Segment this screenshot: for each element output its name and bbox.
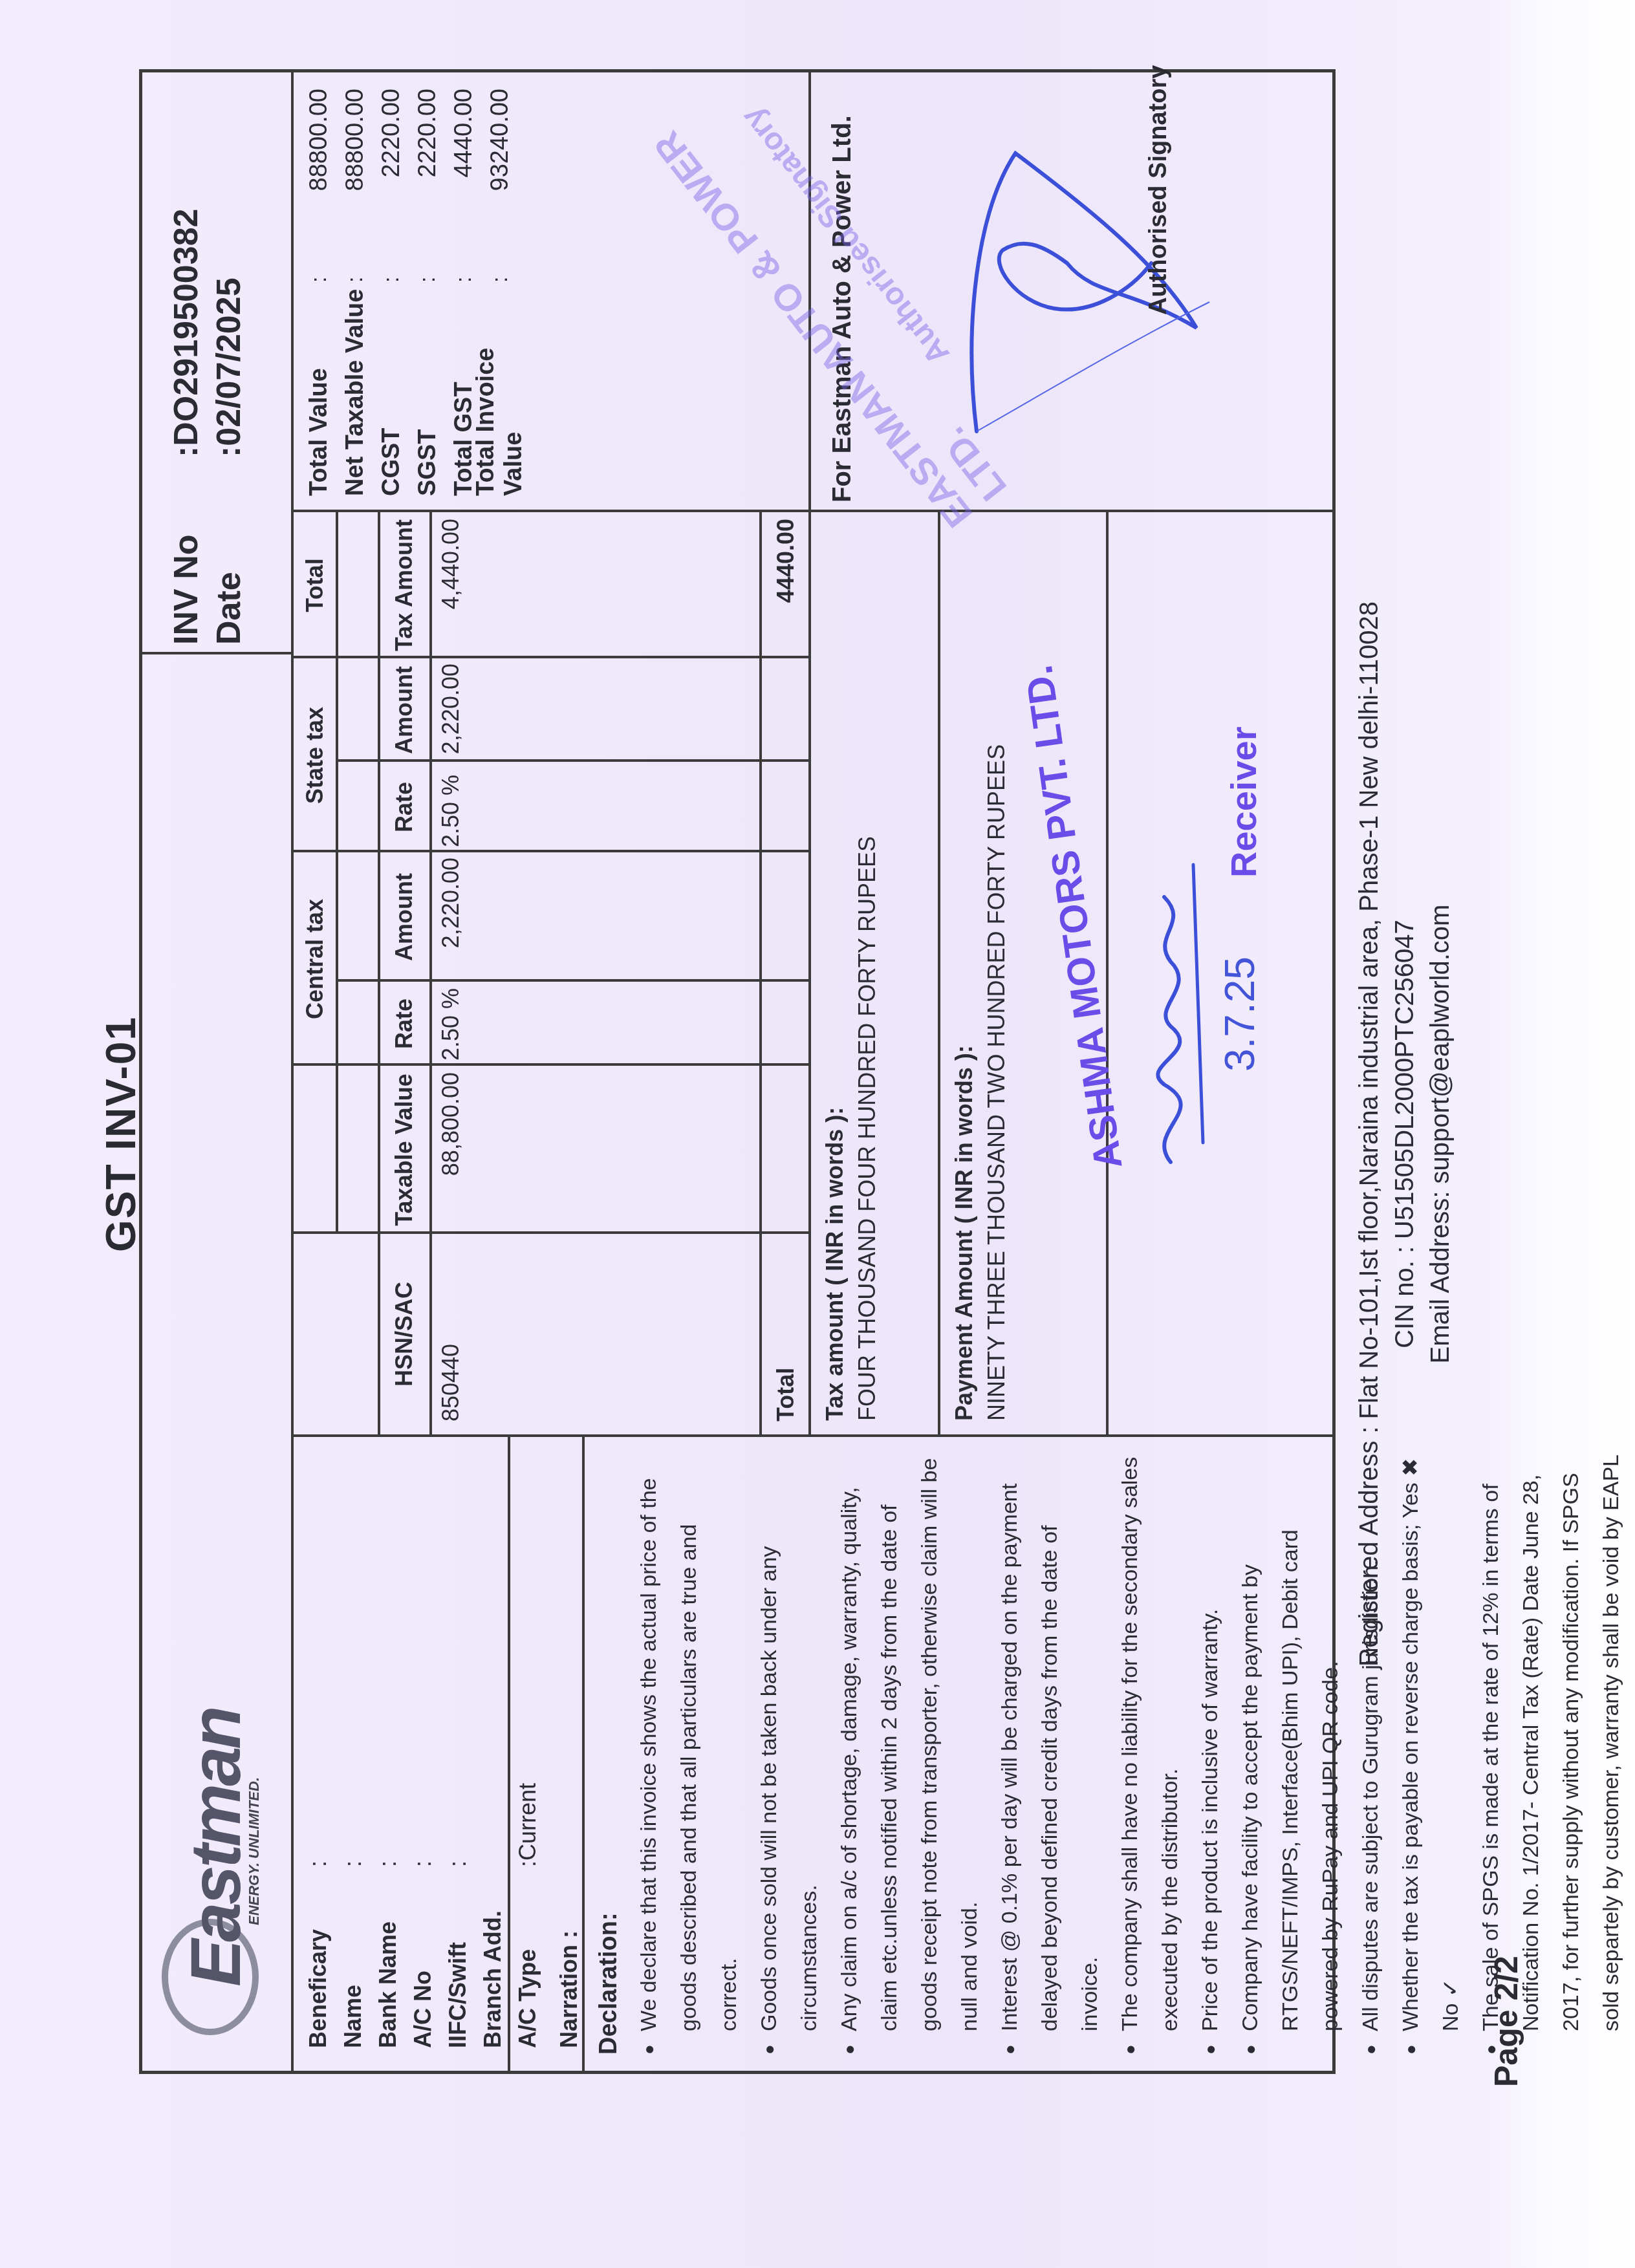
- totals-row: Total Value:88800.00: [301, 89, 337, 496]
- totals-colon: :: [379, 257, 404, 283]
- totals-colon: :: [451, 257, 477, 283]
- th-central-rate: Rate: [391, 982, 418, 1066]
- declaration: Declaration: We declare that this invoic…: [589, 1447, 1635, 2055]
- bank-value: :: [374, 1861, 402, 1867]
- th-hsn: HSN/SAC: [391, 1234, 418, 1434]
- totals-label: Net Taxable Value: [341, 283, 369, 496]
- totals-row: CGST:2220.00: [373, 89, 409, 496]
- totals-colon: :: [343, 257, 368, 283]
- cell-hsn: 850440: [437, 1344, 464, 1421]
- totals-row: Net Taxable Value:88800.00: [337, 89, 373, 496]
- divider: [294, 1063, 808, 1066]
- totals-colon: :: [415, 257, 440, 283]
- totals-label: Total Invoice Value: [472, 283, 528, 496]
- footer-address: Registered Address : Flat No-101,Ist flo…: [1355, 0, 1384, 2268]
- bank-label: A/C Type: [514, 1867, 541, 2048]
- date-value: :02/07/2025: [208, 208, 250, 457]
- totals-label: CGST: [378, 283, 406, 496]
- divider: [291, 1434, 1336, 1437]
- bank-label: A/C No: [409, 1867, 437, 2048]
- divider: [294, 1231, 808, 1234]
- bank-value: :: [444, 1861, 471, 1867]
- th-state-tax: State tax: [301, 658, 329, 852]
- invoice-sheet: GST INV-01 HSN/SAC Taxable Value Central…: [0, 0, 1635, 2268]
- footer-cin: CIN no. : U51505DL2000PTC256047: [1391, 0, 1420, 2268]
- th-total: Total: [301, 512, 329, 658]
- receiver-stamp-date: 3.7.25: [1216, 956, 1264, 1072]
- divider: [294, 656, 808, 658]
- declaration-heading: Declaration:: [589, 1447, 629, 2055]
- document-title: GST INV-01: [97, 0, 145, 2268]
- cell-taxable-value: 88,800.00: [437, 1072, 464, 1234]
- totals-value: 93240.00: [486, 89, 514, 257]
- tax-words-value: FOUR THOUSAND FOUR HUNDRED FORTY RUPEES: [854, 836, 881, 1421]
- footer-email: Email Address: support@eaplworld.com: [1426, 0, 1455, 2268]
- tax-table: HSN/SAC Taxable Value Central tax Rate A…: [294, 512, 808, 1434]
- bank-value: :: [305, 1861, 332, 1867]
- narration-label: Narration :: [556, 1867, 583, 2048]
- invoice-meta-values: :DO2919500382 :02/07/2025: [165, 208, 250, 457]
- cell-central-rate: 2.50 %: [437, 988, 464, 1061]
- divider: [378, 512, 380, 1434]
- totals-label: Total Value: [305, 283, 333, 496]
- bank-details: Beneficary: Name: Bank Name: A/C No: IIF…: [301, 1783, 587, 2048]
- totals-value: 88800.00: [341, 89, 369, 257]
- divider: [938, 512, 940, 1437]
- inv-no-value: :DO2919500382: [165, 208, 208, 457]
- totals-colon: :: [488, 257, 513, 283]
- payment-words-label: Payment Amount ( INR in words ):: [951, 1045, 978, 1421]
- declaration-item: Company have facility to accept the paym…: [1230, 1447, 1350, 2055]
- divider: [336, 512, 338, 1234]
- totals-value: 2220.00: [378, 89, 406, 257]
- bank-label: Bank Name: [374, 1867, 402, 2048]
- bank-row: A/C Type:Current: [510, 1783, 545, 2048]
- bank-row: IIFC/Swift:: [440, 1783, 475, 2048]
- bank-row: Name:: [336, 1783, 371, 2048]
- cell-state-rate: 2.50 %: [437, 775, 464, 847]
- eastman-logo: Eastman ENERGY. UNLIMITED.: [149, 1712, 278, 2048]
- total-row-label: Total: [772, 1368, 799, 1421]
- declaration-item: Interest @ 0.1% per day will be charged …: [990, 1447, 1110, 2055]
- divider: [142, 652, 291, 654]
- totals-panel: Total Value:88800.00 Net Taxable Value:8…: [301, 89, 518, 496]
- declaration-item: We declare that this invoice shows the a…: [629, 1447, 749, 2055]
- bank-label: Name: [340, 1867, 367, 2048]
- divider: [759, 512, 762, 1434]
- bank-value: :: [409, 1861, 437, 1867]
- totals-value: 4440.00: [450, 89, 478, 257]
- date-label: Date: [208, 535, 250, 645]
- page-number: Page 2/2: [1488, 1956, 1525, 2087]
- bank-label: Beneficary: [305, 1867, 332, 2048]
- totals-row: Total Invoice Value:93240.00: [482, 89, 518, 496]
- totals-row: SGST:2220.00: [409, 89, 446, 496]
- th-central-amount: Amount: [391, 852, 418, 982]
- th-tax-amount: Tax Amount: [391, 512, 418, 658]
- narration-row: Narration :: [552, 1783, 587, 2048]
- bank-value: :Current: [514, 1783, 541, 1867]
- bank-value: :: [340, 1861, 367, 1867]
- th-taxable-value: Taxable Value: [391, 1066, 418, 1234]
- bank-row: A/C No:: [406, 1783, 440, 2048]
- bank-row: Bank Name:: [371, 1783, 406, 2048]
- cell-tax-amount: 4,440.00: [437, 519, 464, 658]
- signature-icon: [938, 95, 1248, 457]
- inv-no-label: INV No: [165, 535, 208, 645]
- declaration-item: Price of the product is inclusive of war…: [1190, 1447, 1230, 2055]
- bank-label: Branch Add.: [479, 1867, 506, 2048]
- totals-colon: :: [307, 257, 332, 283]
- bank-label: IIFC/Swift: [444, 1867, 471, 2048]
- total-row-tax-amount: 4440.00: [772, 519, 799, 658]
- logo-wordmark: Eastman: [175, 1708, 257, 1987]
- logo-tagline: ENERGY. UNLIMITED.: [246, 1777, 263, 1925]
- bank-row: Branch Add.: [475, 1783, 510, 2048]
- bank-row: Beneficary:: [301, 1783, 336, 2048]
- authorised-signatory-label: Authorised Signatory: [1145, 65, 1173, 315]
- declaration-item: Goods once sold will not be taken back u…: [749, 1447, 829, 2055]
- totals-value: 2220.00: [414, 89, 442, 257]
- invoice-meta-labels: INV No Date: [165, 535, 250, 645]
- th-state-rate: Rate: [391, 762, 418, 852]
- totals-label: SGST: [414, 283, 442, 496]
- cell-state-amount: 2,220.00: [437, 664, 464, 762]
- cell-central-amount: 2,220.00: [437, 858, 464, 982]
- declaration-item: Any claim on a/c of shortage, damage, wa…: [829, 1447, 990, 2055]
- divider: [1106, 512, 1109, 1437]
- tax-words-label: Tax amount ( INR in words ):: [821, 1107, 849, 1421]
- divider: [294, 850, 808, 852]
- divider: [429, 512, 432, 1434]
- th-state-amount: Amount: [391, 658, 418, 762]
- declaration-item: The company shall have no liability for …: [1110, 1447, 1190, 2055]
- totals-value: 88800.00: [305, 89, 333, 257]
- th-central-tax: Central tax: [301, 852, 329, 1066]
- payment-words-value: NINETY THREE THOUSAND TWO HUNDRED FORTY …: [983, 744, 1010, 1421]
- receiver-stamp-label: Receiver: [1222, 726, 1264, 878]
